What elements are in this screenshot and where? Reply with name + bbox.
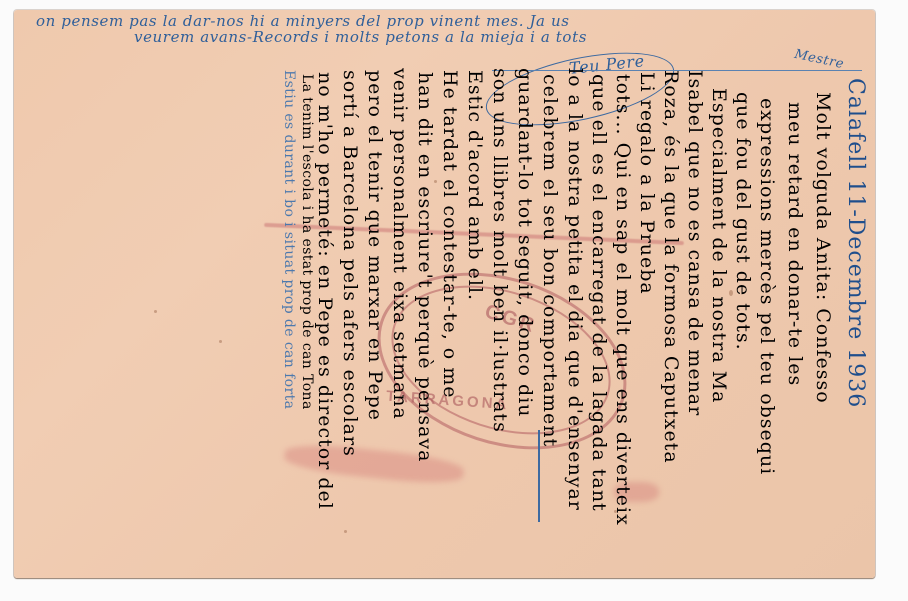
text-column: no m'ho permeté: en Pepe es director del [315, 72, 334, 510]
text-column: expressions mercès pel teu obsequi [757, 98, 776, 475]
signature: Mestre [793, 47, 845, 72]
top-line-2: veurem avans-Records i molts petons a la… [134, 28, 587, 46]
text-column: celebrem el seu bon comportament [540, 74, 559, 447]
text-column: tots... Qui en sap el molt que ens diver… [613, 74, 632, 526]
text-column: Estiu es durant i bo i situat prop de ca… [282, 70, 296, 409]
text-column: venir personalment eixa setmana [390, 68, 409, 420]
text-column: lo a la nostra petita el dia que d'ensen… [565, 68, 584, 511]
text-column: Estic d'acord amb ell. [465, 70, 484, 301]
text-column: Calafell 11-Decembre 1936 [844, 78, 866, 408]
text-column: He tardat el contestar-te, o me [440, 70, 459, 399]
text-column: Li regalo a la Prueba [637, 72, 656, 295]
text-column: que fou del gust de tots. [733, 92, 752, 351]
postcard: CGR TARRAGONA on pensem pas la dar-nos h… [14, 10, 875, 578]
text-underline [538, 430, 540, 522]
text-column: son uns llibres molt ben il·lustrats [490, 68, 509, 433]
text-column: meu retard en donar-te les [785, 102, 804, 386]
text-column: Isabel que no es cansa de menar [685, 70, 704, 416]
text-column: Especialment de la nostra Ma [709, 88, 728, 404]
text-column: pero el tenir que marxar en Pepe [365, 70, 384, 421]
text-column: sortí a Barcelona pels afers escolars [340, 70, 359, 457]
text-column: han dit en escriure't perquè pensava [415, 72, 434, 463]
text-column: que ell es el encarregat de la lagada ta… [589, 74, 608, 512]
text-column: La tenim l'escola i ha estat prop de can… [300, 74, 314, 410]
text-column: guardant-lo tot seguit, donco diu [515, 68, 534, 418]
red-stamp-smudge [283, 441, 465, 488]
text-column: Roza, és la que la formosa Caputxeta [661, 70, 680, 464]
text-column: Molt volguda Anita: Confesso [813, 92, 832, 404]
